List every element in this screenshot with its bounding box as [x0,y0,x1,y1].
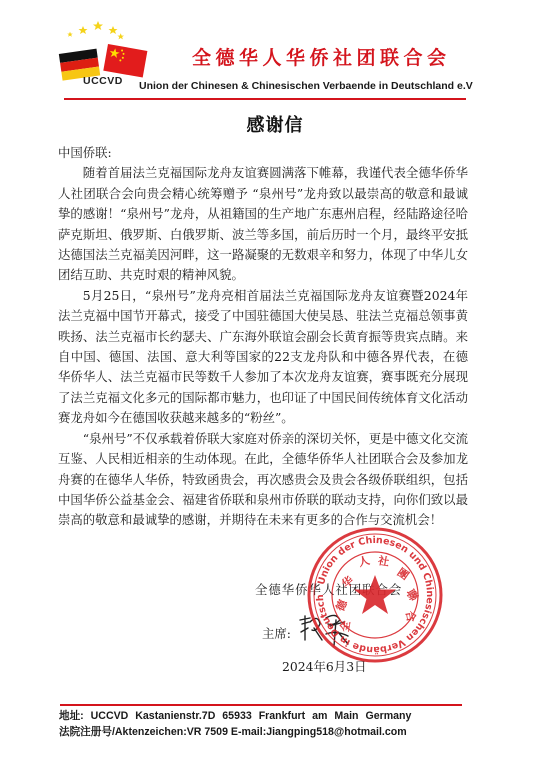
handwritten-signature-icon [296,610,356,650]
svg-text:Union der Chinesen und Chinesi: Union der Chinesen und Chinesischen Verb… [305,525,435,655]
org-name-german: Union der Chinesen & Chinesischen Verbae… [139,80,473,92]
header-divider [64,98,466,100]
svg-text:聯: 聯 [404,587,422,604]
footer: 地址: UCCVD Kastanienstr.7D 65933 Frankfur… [59,709,469,740]
svg-text:德: 德 [333,596,351,613]
paragraph: “泉州号”不仅承载着侨联大家庭对侨亲的深切关怀，更是中德文化交流互鉴、人民相近相… [58,429,468,531]
footer-divider [60,704,462,706]
org-name-chinese: 全德华人华侨社团联合会 [192,43,451,70]
signature-org: 全德华侨华人社团联合会 [255,580,402,598]
svg-text:全: 全 [337,620,353,633]
svg-text:人: 人 [357,554,371,569]
letter-body: 中国侨联: 随着首届法兰克福国际龙舟友谊赛圆满落下帷幕，我谨代表全德华侨华人社团… [58,143,468,531]
svg-text:團: 團 [395,565,412,583]
letter-date: 2024年6月3日 [282,657,366,675]
letter-title: 感谢信 [0,111,550,137]
salutation: 中国侨联: [58,143,468,163]
paragraph: 5月25日，“泉州号”龙舟亮相首届法兰克福国际龙舟友谊赛暨2024年法兰克福中国… [58,286,468,429]
official-seal-icon: Union der Chinesen und Chinesischen Verb… [305,525,445,665]
letterhead: UCCVD 全德华人华侨社团联合会 Union der Chinesen & C… [0,0,550,110]
svg-text:华: 华 [339,573,356,591]
svg-text:社: 社 [376,553,390,569]
logo-text: UCCVD [83,75,123,87]
footer-registry-email: 法院注册号/Aktenzeichen:VR 7509 E-mail:Jiangp… [59,725,469,741]
footer-address: 地址: UCCVD Kastanienstr.7D 65933 Frankfur… [59,709,469,725]
svg-text:合: 合 [403,610,419,623]
paragraph: 随着首届法兰克福国际龙舟友谊赛圆满落下帷幕，我谨代表全德华侨华人社团联合会向贵会… [58,163,468,285]
chair-label: 主席: [262,624,291,642]
